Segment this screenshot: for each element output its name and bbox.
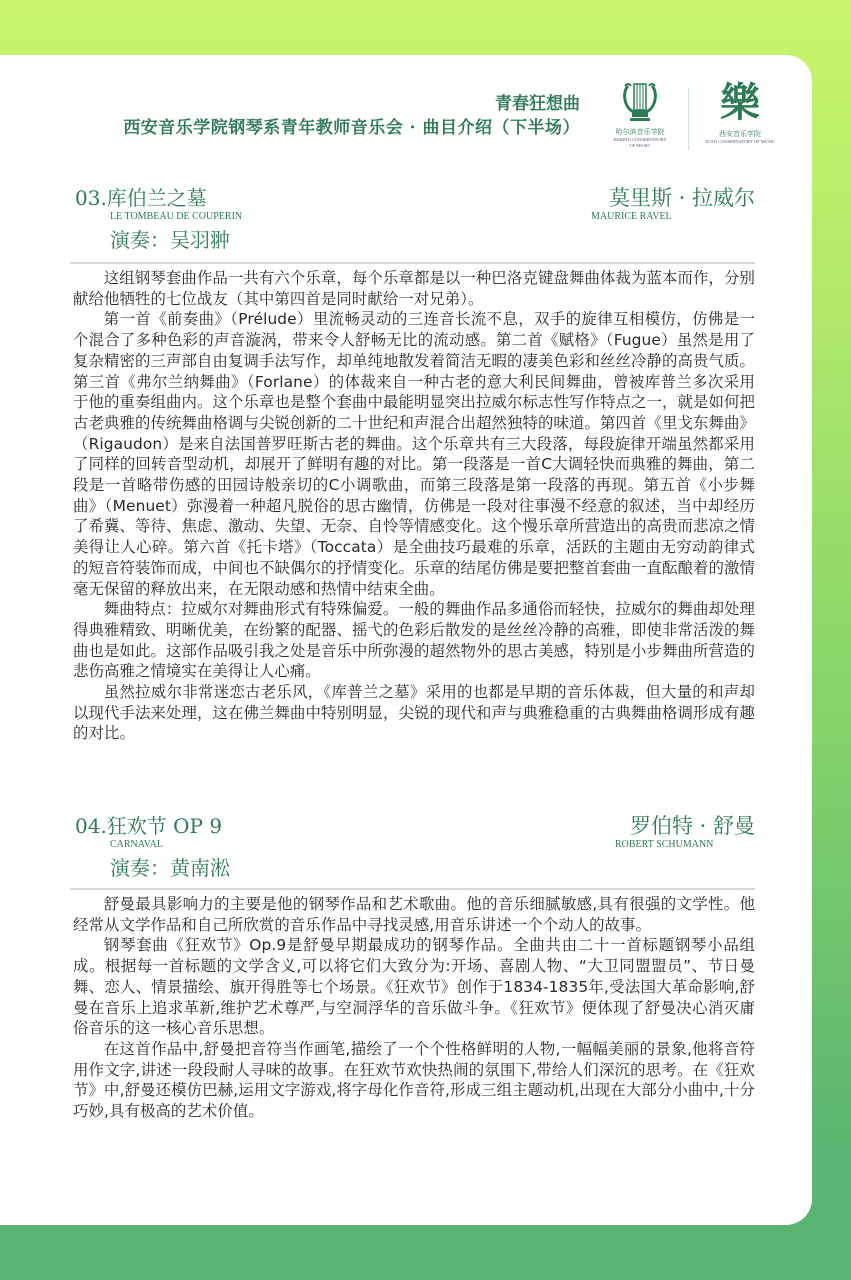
paragraph: 虽然拉威尔非常迷恋古老乐风，《库普兰之墓》采用的也都是早期的音乐体裁，但大量的和… — [73, 682, 755, 744]
paragraph: 在这首作品中,舒曼把音符当作画笔,描绘了一个个性格鲜明的人物,一幅幅美丽的景象,… — [73, 1039, 755, 1122]
logo-divider — [688, 88, 689, 150]
composer-name: 罗伯特 · 舒曼 — [630, 813, 755, 839]
paragraph: 舒曼最具影响力的主要是他的钢琴作品和艺术歌曲。他的音乐细腻敏感,具有很强的文学性… — [73, 894, 755, 935]
paragraph: 舞曲特点：拉威尔对舞曲形式有特殊偏爱。一般的舞曲作品多通俗而轻快，拉威尔的舞曲却… — [73, 599, 755, 682]
composer-name-en: ROBERT SCHUMANN — [615, 839, 713, 851]
piece-description-04: 舒曼最具影响力的主要是他的钢琴作品和艺术歌曲。他的音乐细腻敏感,具有很强的文学性… — [73, 894, 755, 1122]
piece-title-en: LE TOMBEAU DE COUPERIN — [110, 211, 242, 223]
lyre-icon — [620, 80, 660, 124]
paragraph: 这组钢琴套曲作品一共有六个乐章，每个乐章都是以一种巴洛克键盘舞曲体裁为蓝本而作，… — [73, 268, 755, 309]
xian-conservatory-logo: 樂 西安音乐学院 XI'AN CONSERVATORY OF MUSIC — [700, 80, 780, 145]
piece-title-en: CARNAVAL — [110, 839, 163, 851]
piece-title: 03.库伯兰之墓 — [75, 185, 207, 211]
page-title: 西安音乐学院钢琴系青年教师音乐会 · 曲目介绍（下半场） — [70, 116, 580, 140]
harbin-name-en-2: OF MUSIC — [600, 143, 680, 149]
composer-name-en: MAURICE RAVEL — [591, 211, 672, 223]
paragraph: 第一首《前奏曲》（Prélude）里流畅灵动的三连音长流不息，双手的旋律互相模仿… — [73, 309, 755, 599]
paragraph: 钢琴套曲《狂欢节》Op.9是舒曼早期最成功的钢琴作品。全曲共由二十一首标题钢琴小… — [73, 935, 755, 1039]
piece-header-04: 04.狂欢节 OP 9 CARNAVAL 罗伯特 · 舒曼 ROBERT SCH… — [75, 813, 755, 883]
section-divider — [70, 888, 755, 890]
yue-character-emblem: 樂 — [700, 80, 780, 126]
piece-header-03: 03.库伯兰之墓 LE TOMBEAU DE COUPERIN 莫里斯 · 拉威… — [75, 185, 755, 255]
section-divider — [70, 262, 755, 264]
xian-name-en: XI'AN CONSERVATORY OF MUSIC — [700, 139, 780, 145]
harbin-conservatory-logo: 哈尔滨音乐学院 HARBIN CONSERVATORY OF MUSIC — [600, 80, 680, 149]
harbin-name-cn: 哈尔滨音乐学院 — [600, 128, 680, 137]
piece-title: 04.狂欢节 OP 9 — [75, 813, 222, 839]
composer-name: 莫里斯 · 拉威尔 — [609, 185, 755, 211]
xian-name-cn: 西安音乐学院 — [700, 130, 780, 139]
program-header: 青春狂想曲 西安音乐学院钢琴系青年教师音乐会 · 曲目介绍（下半场） — [70, 92, 580, 140]
concert-subtitle: 青春狂想曲 — [70, 92, 580, 116]
performer: 演奏：吴羽翀 — [110, 227, 230, 253]
performer: 演奏：黄南淞 — [110, 855, 230, 881]
piece-description-03: 这组钢琴套曲作品一共有六个乐章，每个乐章都是以一种巴洛克键盘舞曲体裁为蓝本而作，… — [73, 268, 755, 744]
logos: 哈尔滨音乐学院 HARBIN CONSERVATORY OF MUSIC 樂 西… — [600, 80, 780, 160]
